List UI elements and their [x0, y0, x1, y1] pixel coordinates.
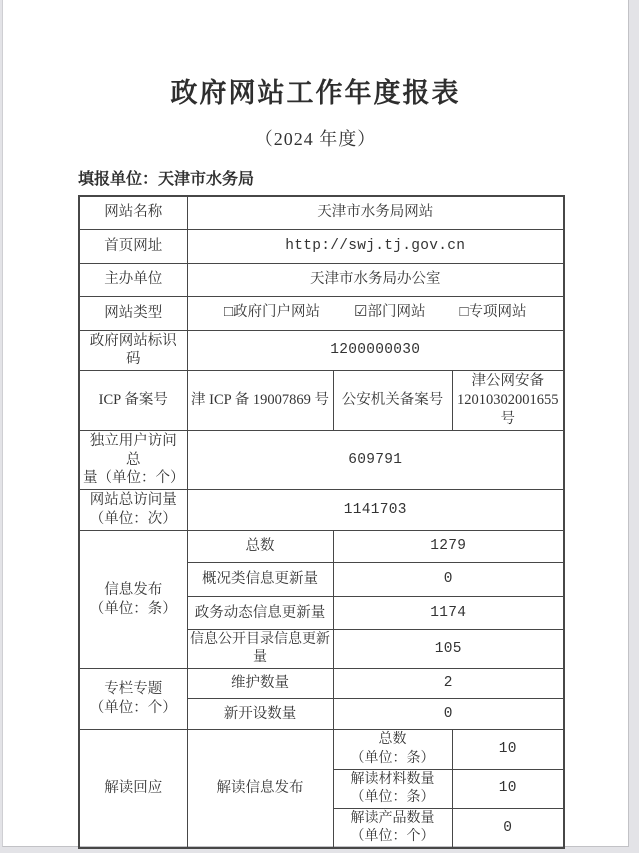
report-title: 政府网站工作年度报表 — [3, 71, 628, 110]
table-row-home-url: 首页网址 http://swj.tj.gov.cn — [79, 229, 564, 263]
interpretation-label: 解读回应 — [79, 730, 187, 849]
special-columns-item-value: 2 — [333, 669, 564, 699]
interpretation-item-name: 解读产品数量 （单位：个） — [333, 809, 452, 849]
info-publish-item-name: 概况类信息更新量 — [187, 562, 333, 596]
site-type-option-special: □专项网站 — [459, 303, 526, 323]
table-row-special-maintained: 专栏专题 （单位：个） 维护数量 2 — [79, 669, 564, 699]
table-row-site-code: 政府网站标识码 1200000030 — [79, 330, 564, 371]
site-type-option-portal: □政府门户网站 — [224, 303, 320, 323]
info-publish-item-name: 总数 — [187, 530, 333, 562]
info-publish-item-name: 政务动态信息更新量 — [187, 596, 333, 629]
site-type-options: □政府门户网站 ☑部门网站 □专项网站 — [187, 296, 564, 330]
icp-label: ICP 备案号 — [79, 371, 187, 431]
site-type-option-department: ☑部门网站 — [354, 303, 425, 323]
info-publish-item-value: 105 — [333, 629, 564, 668]
unique-visitors-label: 独立用户访问总 量（单位：个） — [79, 430, 187, 490]
interpretation-item-name: 解读材料数量 （单位：条） — [333, 769, 452, 808]
checkbox-unchecked-icon: □ — [224, 304, 233, 320]
site-type-label: 网站类型 — [79, 296, 187, 330]
special-columns-label: 专栏专题 （单位：个） — [79, 669, 187, 730]
total-visits-label: 网站总访问量 （单位：次） — [79, 490, 187, 531]
interpretation-item-value: 0 — [452, 809, 564, 849]
table-row-icp: ICP 备案号 津 ICP 备 19007869 号 公安机关备案号 津公网安备… — [79, 371, 564, 431]
info-publish-item-value: 0 — [333, 562, 564, 596]
site-type-option-label: 专项网站 — [469, 304, 527, 320]
security-record-label: 公安机关备案号 — [333, 371, 452, 431]
site-type-option-label: 部门网站 — [367, 304, 425, 320]
info-publish-label: 信息发布 （单位：条） — [79, 530, 187, 668]
info-publish-item-value: 1174 — [333, 596, 564, 629]
icp-number-value: 津 ICP 备 19007869 号 — [187, 371, 333, 431]
table-row-total-visits: 网站总访问量 （单位：次） 1141703 — [79, 490, 564, 531]
info-publish-item-name: 信息公开目录信息更新量 — [187, 629, 333, 668]
table-row-site-type: 网站类型 □政府门户网站 ☑部门网站 □专项网站 — [79, 296, 564, 330]
security-record-value: 津公网安备 12010302001655 号 — [452, 371, 564, 431]
interpretation-sub-label: 解读信息发布 — [187, 730, 333, 849]
interpretation-item-value: 10 — [452, 730, 564, 769]
checkbox-checked-icon: ☑ — [354, 304, 367, 320]
site-code-label: 政府网站标识码 — [79, 330, 187, 371]
home-url-label: 首页网址 — [79, 229, 187, 263]
interpretation-item-value: 10 — [452, 769, 564, 808]
special-columns-item-name: 新开设数量 — [187, 699, 333, 730]
annual-report-table: 网站名称 天津市水务局网站 首页网址 http://swj.tj.gov.cn … — [78, 195, 565, 849]
special-columns-item-name: 维护数量 — [187, 669, 333, 699]
site-type-option-label: 政府门户网站 — [233, 304, 320, 320]
special-columns-item-value: 0 — [333, 699, 564, 730]
interpretation-item-name: 总数 （单位：条） — [333, 730, 452, 769]
report-page: 政府网站工作年度报表 （2024 年度） 填报单位：天津市水务局 网站名称 天津… — [2, 0, 629, 847]
info-publish-item-value: 1279 — [333, 530, 564, 562]
site-code-value: 1200000030 — [187, 330, 564, 371]
table-row-site-name: 网站名称 天津市水务局网站 — [79, 196, 564, 229]
table-row-interpretation-total: 解读回应 解读信息发布 总数 （单位：条） 10 — [79, 730, 564, 769]
checkbox-unchecked-icon: □ — [459, 304, 468, 320]
site-name-value: 天津市水务局网站 — [187, 196, 564, 229]
table-row-unique-visitors: 独立用户访问总 量（单位：个） 609791 — [79, 430, 564, 490]
site-name-label: 网站名称 — [79, 196, 187, 229]
organizer-label: 主办单位 — [79, 263, 187, 296]
unique-visitors-value: 609791 — [187, 430, 564, 490]
total-visits-value: 1141703 — [187, 490, 564, 531]
table-row-info-publish-total: 信息发布 （单位：条） 总数 1279 — [79, 530, 564, 562]
reporting-unit-line: 填报单位：天津市水务局 — [78, 166, 628, 189]
organizer-value: 天津市水务局办公室 — [187, 263, 564, 296]
home-url-value: http://swj.tj.gov.cn — [187, 229, 564, 263]
report-year-subtitle: （2024 年度） — [3, 125, 628, 151]
table-row-organizer: 主办单位 天津市水务局办公室 — [79, 263, 564, 296]
